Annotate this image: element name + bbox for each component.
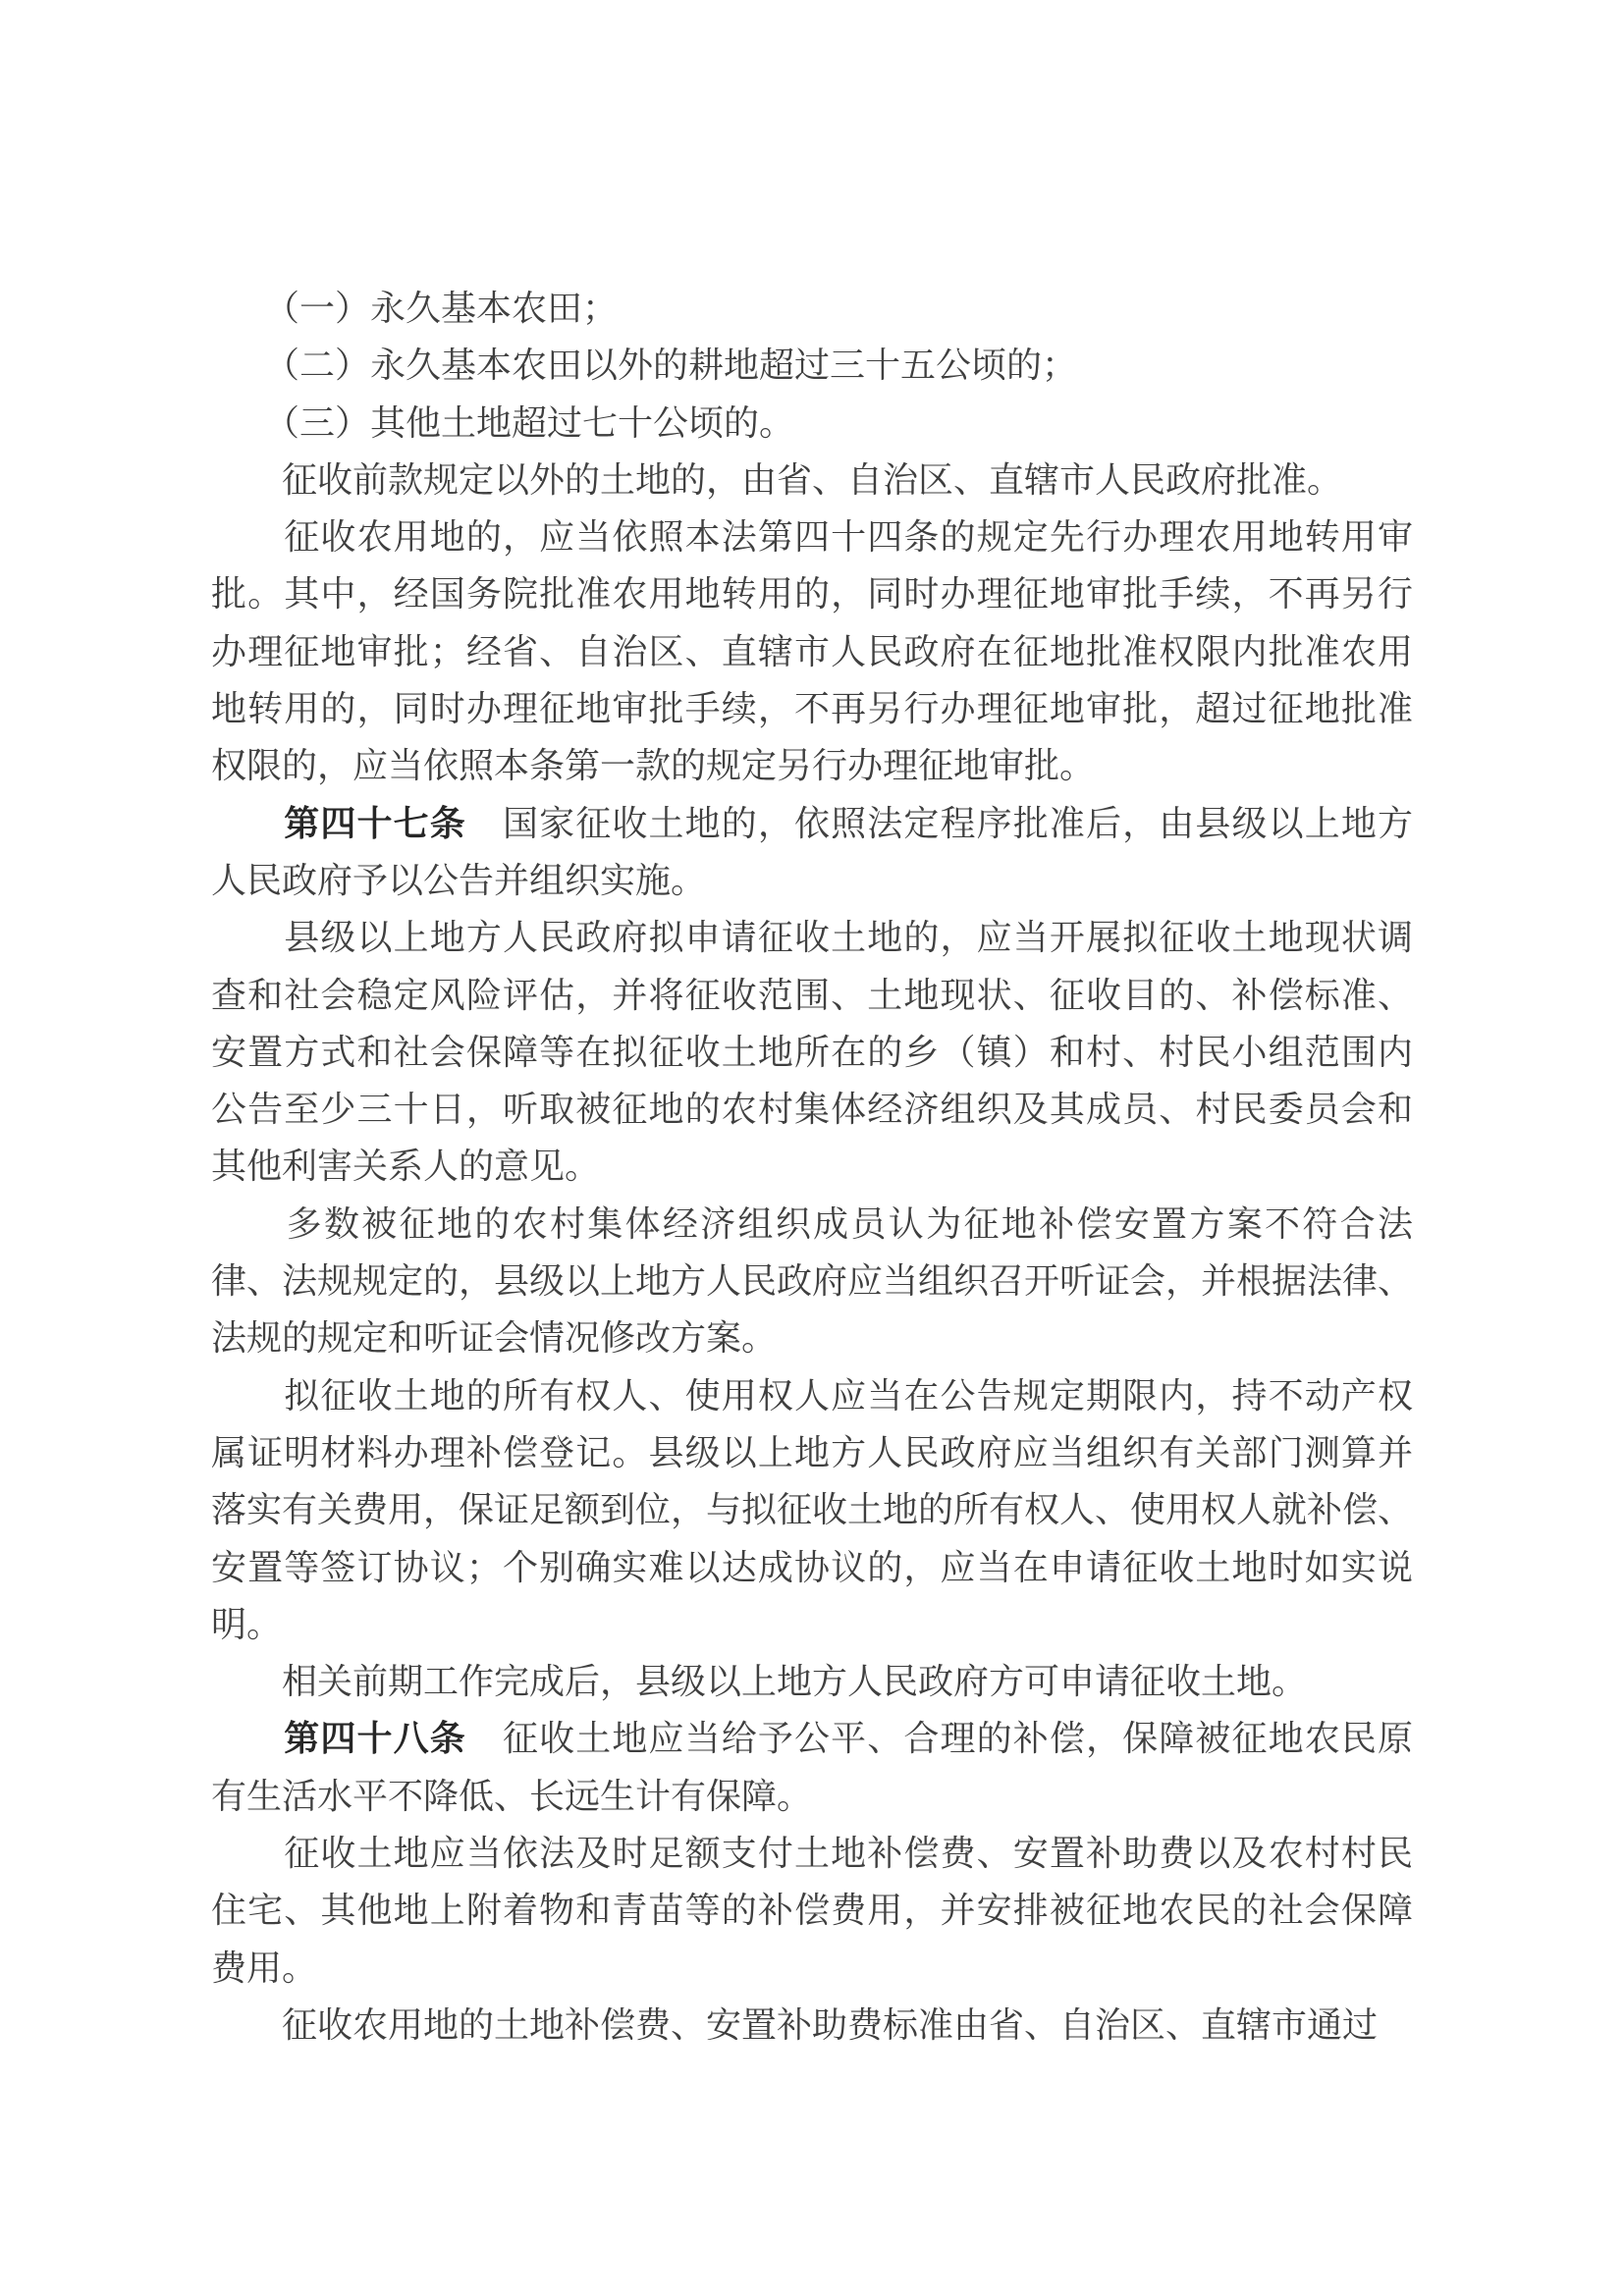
text-segment: 多数被征地的农村集体经济组织成员认为征地补偿安置方案不符合法 — [211, 1204, 1413, 1244]
text-line: 办理征地审批；经省、自治区、直辖市人民政府在征地批准权限内批准农用 — [211, 623, 1413, 680]
text-line: 公告至少三十日，听取被征地的农村集体经济组织及其成员、村民委员会和 — [211, 1081, 1413, 1138]
text-line: 多数被征地的农村集体经济组织成员认为征地补偿安置方案不符合法 — [211, 1196, 1413, 1253]
text-segment: 人民政府予以公告并组织实施。 — [211, 861, 706, 900]
text-line: 征收土地应当依法及时足额支付土地补偿费、安置补助费以及农村村民 — [211, 1825, 1413, 1882]
text-segment: （一）永久基本农田； — [211, 289, 618, 328]
text-segment: 安置等签订协议；个别确实难以达成协议的，应当在申请征收土地时如实说 — [211, 1548, 1413, 1587]
text-segment: 批。其中，经国务院批准农用地转用的，同时办理征地审批手续，不再另行 — [211, 574, 1413, 614]
article-47-heading-line: 第四十七条 国家征收土地的，依照法定程序批准后，由县级以上地方 — [211, 795, 1413, 852]
list-item-1: （一）永久基本农田； — [211, 280, 1413, 337]
text-line: 征收农用地的土地补偿费、安置补助费标准由省、自治区、直辖市通过 — [211, 1997, 1413, 2054]
text-segment: 征收土地应当依法及时足额支付土地补偿费、安置补助费以及农村村民 — [211, 1834, 1413, 1873]
document-body: （一）永久基本农田； （二）永久基本农田以外的耕地超过三十五公顷的； （三）其他… — [211, 280, 1413, 2054]
text-segment: 律、法规规定的，县级以上地方人民政府应当组织召开听证会，并根据法律、 — [211, 1261, 1413, 1301]
article-48-heading-line: 第四十八条 征收土地应当给予公平、合理的补偿，保障被征地农民原 — [211, 1710, 1413, 1767]
text-line: 住宅、其他地上附着物和青苗等的补偿费用，并安排被征地农民的社会保障 — [211, 1882, 1413, 1939]
text-line: 批。其中，经国务院批准农用地转用的，同时办理征地审批手续，不再另行 — [211, 565, 1413, 622]
text-segment: 地转用的，同时办理征地审批手续，不再另行办理征地审批，超过征地批准 — [211, 689, 1413, 728]
text-line: 费用。 — [211, 1940, 1413, 1997]
text-segment: 费用。 — [211, 1949, 317, 1988]
text-segment: 拟征收土地的所有权人、使用权人应当在公告规定期限内，持不动产权 — [211, 1376, 1413, 1415]
document-page: （一）永久基本农田； （二）永久基本农田以外的耕地超过三十五公顷的； （三）其他… — [0, 0, 1624, 2296]
text-segment: 明。 — [211, 1605, 282, 1644]
text-line: 地转用的，同时办理征地审批手续，不再另行办理征地审批，超过征地批准 — [211, 680, 1413, 737]
text-segment: 住宅、其他地上附着物和青苗等的补偿费用，并安排被征地农民的社会保障 — [211, 1891, 1413, 1930]
text-segment: 有生活水平不降低、长远生计有保障。 — [211, 1777, 812, 1816]
text-line: 征收前款规定以外的土地的，由省、自治区、直辖市人民政府批准。 — [211, 452, 1413, 508]
text-segment: 法规的规定和听证会情况修改方案。 — [211, 1318, 777, 1358]
article-number: 第四十八条 — [284, 1718, 466, 1758]
text-segment: 属证明材料办理补偿登记。县级以上地方人民政府应当组织有关部门测算并 — [211, 1433, 1413, 1472]
text-segment — [211, 1719, 284, 1758]
text-segment: 办理征地审批；经省、自治区、直辖市人民政府在征地批准权限内批准农用 — [211, 632, 1413, 671]
text-line: 查和社会稳定风险评估，并将征收范围、土地现状、征收目的、补偿标准、 — [211, 967, 1413, 1024]
text-segment: （三）其他土地超过七十公顷的。 — [211, 403, 794, 443]
text-segment: 查和社会稳定风险评估，并将征收范围、土地现状、征收目的、补偿标准、 — [211, 976, 1413, 1015]
text-line: 人民政府予以公告并组织实施。 — [211, 852, 1413, 909]
text-segment: 征收前款规定以外的土地的，由省、自治区、直辖市人民政府批准。 — [211, 460, 1342, 500]
text-line: 拟征收土地的所有权人、使用权人应当在公告规定期限内，持不动产权 — [211, 1367, 1413, 1424]
text-segment: 公告至少三十日，听取被征地的农村集体经济组织及其成员、村民委员会和 — [211, 1090, 1413, 1129]
text-segment: （二）永久基本农田以外的耕地超过三十五公顷的； — [211, 346, 1077, 385]
text-line: 县级以上地方人民政府拟申请征收土地的，应当开展拟征收土地现状调 — [211, 909, 1413, 966]
text-segment: 其他利害关系人的意见。 — [211, 1147, 600, 1186]
text-line: 有生活水平不降低、长远生计有保障。 — [211, 1768, 1413, 1825]
text-line: 安置方式和社会保障等在拟征收土地所在的乡（镇）和村、村民小组范围内 — [211, 1024, 1413, 1081]
text-segment: 落实有关费用，保证足额到位，与拟征收土地的所有权人、使用权人就补偿、 — [211, 1490, 1413, 1529]
text-segment: 国家征收土地的，依照法定程序批准后，由县级以上地方 — [466, 804, 1413, 843]
text-line: 权限的，应当依照本条第一款的规定另行办理征地审批。 — [211, 737, 1413, 794]
text-line: 相关前期工作完成后，县级以上地方人民政府方可申请征收土地。 — [211, 1653, 1413, 1710]
text-line: 征收农用地的，应当依照本法第四十四条的规定先行办理农用地转用审 — [211, 508, 1413, 565]
text-line: 安置等签订协议；个别确实难以达成协议的，应当在申请征收土地时如实说 — [211, 1539, 1413, 1596]
text-line: 其他利害关系人的意见。 — [211, 1138, 1413, 1195]
text-segment: 县级以上地方人民政府拟申请征收土地的，应当开展拟征收土地现状调 — [211, 918, 1413, 957]
list-item-3: （三）其他土地超过七十公顷的。 — [211, 395, 1413, 452]
text-line: 属证明材料办理补偿登记。县级以上地方人民政府应当组织有关部门测算并 — [211, 1424, 1413, 1481]
text-segment: 征收土地应当给予公平、合理的补偿，保障被征地农民原 — [466, 1719, 1413, 1758]
text-segment: 权限的，应当依照本条第一款的规定另行办理征地审批。 — [211, 746, 1095, 785]
text-line: 法规的规定和听证会情况修改方案。 — [211, 1309, 1413, 1366]
text-segment: 征收农用地的土地补偿费、安置补助费标准由省、自治区、直辖市通过 — [211, 2005, 1378, 2045]
text-segment: 征收农用地的，应当依照本法第四十四条的规定先行办理农用地转用审 — [211, 517, 1413, 557]
text-segment: 安置方式和社会保障等在拟征收土地所在的乡（镇）和村、村民小组范围内 — [211, 1033, 1413, 1072]
text-segment — [211, 804, 284, 843]
text-line: 明。 — [211, 1596, 1413, 1653]
text-line: 落实有关费用，保证足额到位，与拟征收土地的所有权人、使用权人就补偿、 — [211, 1481, 1413, 1538]
text-segment: 相关前期工作完成后，县级以上地方人民政府方可申请征收土地。 — [211, 1662, 1307, 1701]
article-number: 第四十七条 — [284, 803, 466, 843]
text-line: 律、法规规定的，县级以上地方人民政府应当组织召开听证会，并根据法律、 — [211, 1253, 1413, 1309]
list-item-2: （二）永久基本农田以外的耕地超过三十五公顷的； — [211, 337, 1413, 394]
